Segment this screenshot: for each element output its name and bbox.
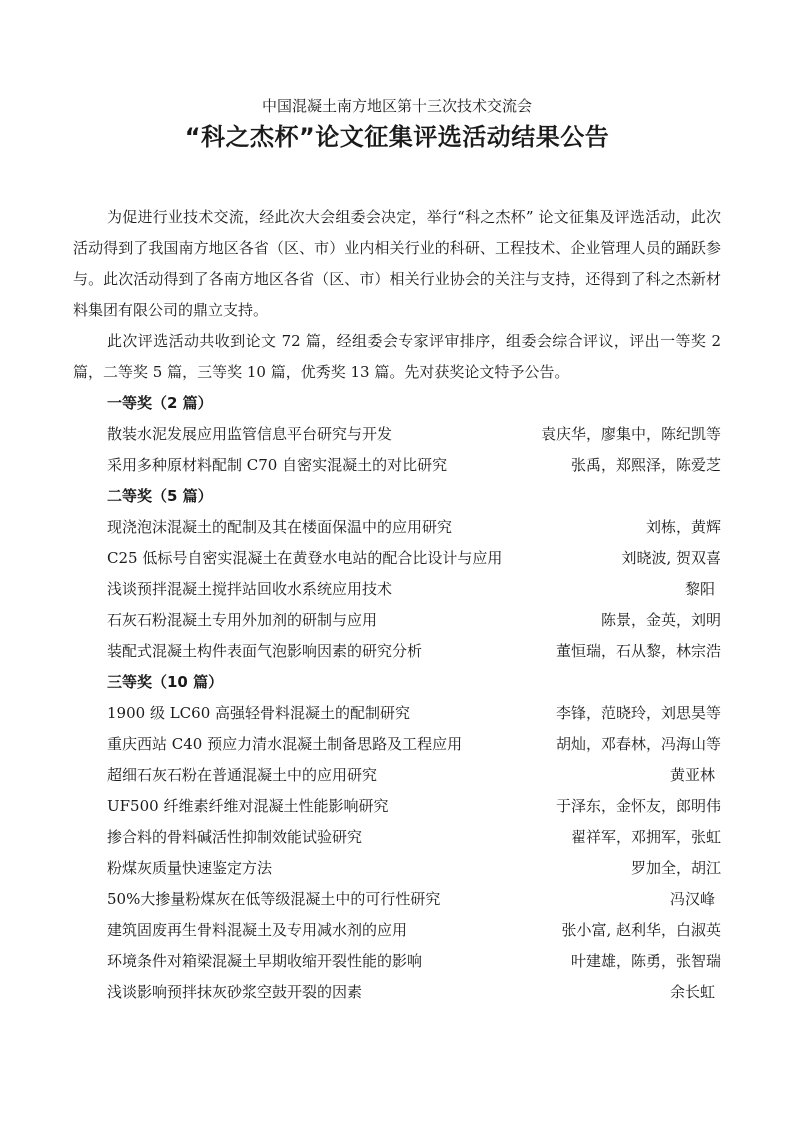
intro-paragraph: 为促进行业技术交流，经此次大会组委会决定，举行“科之杰杯” 论文征集及评选活动，… [73, 202, 721, 326]
award-entry: 1900 级 LC60 高强轻骨料混凝土的配制研究 李锋，范晓玲，刘思昊等 [73, 698, 721, 729]
award-entry: UF500 纤维素纤维对混凝土性能影响研究 于泽东，金怀友，郎明伟 [73, 791, 721, 822]
award-entry: 现浇泡沫混凝土的配制及其在楼面保温中的应用研究 刘栋，黄辉 [73, 512, 721, 543]
paper-title: 粉煤灰质量快速鉴定方法 [107, 853, 272, 884]
announcement-body: 为促进行业技术交流，经此次大会组委会决定，举行“科之杰杯” 论文征集及评选活动，… [73, 202, 721, 1008]
paper-authors: 张小富, 赵利华，白淑英 [561, 915, 721, 946]
summary-paragraph: 此次评选活动共收到论文 72 篇，经组委会专家评审排序，组委会综合评议，评出一等… [73, 326, 721, 388]
paper-title: 环境条件对箱梁混凝土早期收缩开裂性能的影响 [107, 946, 422, 977]
award-entry: 浅谈影响预拌抹灰砂浆空鼓开裂的因素 余长虹 [73, 977, 721, 1008]
paper-title: 采用多种原材料配制 C70 自密实混凝土的对比研究 [107, 450, 447, 481]
paper-authors: 董恒瑞，石从黎，林宗浩 [556, 636, 721, 667]
paper-title: 浅谈预拌混凝土搅拌站回收水系统应用技术 [107, 574, 392, 605]
paper-title: UF500 纤维素纤维对混凝土性能影响研究 [107, 791, 388, 822]
section-heading-first-prize: 一等奖（2 篇） [73, 388, 721, 419]
paper-authors: 袁庆华，廖集中，陈纪凯等 [541, 419, 721, 450]
paper-title: 散装水泥发展应用监管信息平台研究与开发 [107, 419, 392, 450]
document-page: 中国混凝土南方地区第十三次技术交流会 “科之杰杯”论文征集评选活动结果公告 为促… [0, 0, 794, 1123]
paper-title: C25 低标号自密实混凝土在黄登水电站的配合比设计与应用 [107, 543, 502, 574]
award-entry: 粉煤灰质量快速鉴定方法 罗加全，胡江 [73, 853, 721, 884]
award-entry: 石灰石粉混凝土专用外加剂的研制与应用 陈景，金英，刘明 [73, 605, 721, 636]
award-entry: 超细石灰石粉在普通混凝土中的应用研究 黄亚林 [73, 760, 721, 791]
paper-authors: 胡灿，邓春林，冯海山等 [556, 729, 721, 760]
award-entry: 50%大掺量粉煤灰在低等级混凝土中的可行性研究 冯汉峰 [73, 884, 721, 915]
paper-title: 浅谈影响预拌抹灰砂浆空鼓开裂的因素 [107, 977, 362, 1008]
paper-authors: 余长虹 [670, 977, 721, 1008]
paper-authors: 黄亚林 [670, 760, 721, 791]
award-entry: C25 低标号自密实混凝土在黄登水电站的配合比设计与应用 刘晓波, 贺双喜 [73, 543, 721, 574]
paper-title: 重庆西站 C40 预应力清水混凝土制备思路及工程应用 [107, 729, 462, 760]
paper-authors: 翟祥军，邓拥军，张虹 [571, 822, 721, 853]
paper-authors: 李锋，范晓玲，刘思昊等 [556, 698, 721, 729]
paper-title: 1900 级 LC60 高强轻骨料混凝土的配制研究 [107, 698, 410, 729]
paper-authors: 叶建雄，陈勇，张智瑞 [571, 946, 721, 977]
announcement-title: “科之杰杯”论文征集评选活动结果公告 [0, 120, 794, 154]
award-entry: 掺合料的骨料碱活性抑制效能试验研究 翟祥军，邓拥军，张虹 [73, 822, 721, 853]
award-entry: 浅谈预拌混凝土搅拌站回收水系统应用技术 黎阳 [73, 574, 721, 605]
paper-title: 装配式混凝土构件表面气泡影响因素的研究分析 [107, 636, 422, 667]
award-entry: 装配式混凝土构件表面气泡影响因素的研究分析 董恒瑞，石从黎，林宗浩 [73, 636, 721, 667]
paper-authors: 于泽东，金怀友，郎明伟 [556, 791, 721, 822]
section-heading-third-prize: 三等奖（10 篇） [73, 667, 721, 698]
paper-title: 建筑固废再生骨料混凝土及专用减水剂的应用 [107, 915, 407, 946]
paper-title: 50%大掺量粉煤灰在低等级混凝土中的可行性研究 [107, 884, 440, 915]
paper-authors: 刘晓波, 贺双喜 [621, 543, 721, 574]
paper-authors: 陈景，金英，刘明 [601, 605, 721, 636]
paper-title: 超细石灰石粉在普通混凝土中的应用研究 [107, 760, 377, 791]
paper-authors: 张禹，郑熙泽，陈爱芝 [571, 450, 721, 481]
conference-subtitle: 中国混凝土南方地区第十三次技术交流会 [0, 96, 794, 116]
paper-authors: 罗加全，胡江 [631, 853, 721, 884]
section-heading-second-prize: 二等奖（5 篇） [73, 481, 721, 512]
paper-authors: 黎阳 [685, 574, 721, 605]
award-entry: 采用多种原材料配制 C70 自密实混凝土的对比研究 张禹，郑熙泽，陈爱芝 [73, 450, 721, 481]
award-entry: 建筑固废再生骨料混凝土及专用减水剂的应用 张小富, 赵利华，白淑英 [73, 915, 721, 946]
paper-title: 掺合料的骨料碱活性抑制效能试验研究 [107, 822, 362, 853]
paper-title: 石灰石粉混凝土专用外加剂的研制与应用 [107, 605, 377, 636]
award-entry: 环境条件对箱梁混凝土早期收缩开裂性能的影响 叶建雄，陈勇，张智瑞 [73, 946, 721, 977]
paper-title: 现浇泡沫混凝土的配制及其在楼面保温中的应用研究 [107, 512, 452, 543]
paper-authors: 刘栋，黄辉 [646, 512, 721, 543]
award-entry: 重庆西站 C40 预应力清水混凝土制备思路及工程应用 胡灿，邓春林，冯海山等 [73, 729, 721, 760]
paper-authors: 冯汉峰 [670, 884, 721, 915]
award-entry: 散装水泥发展应用监管信息平台研究与开发 袁庆华，廖集中，陈纪凯等 [73, 419, 721, 450]
